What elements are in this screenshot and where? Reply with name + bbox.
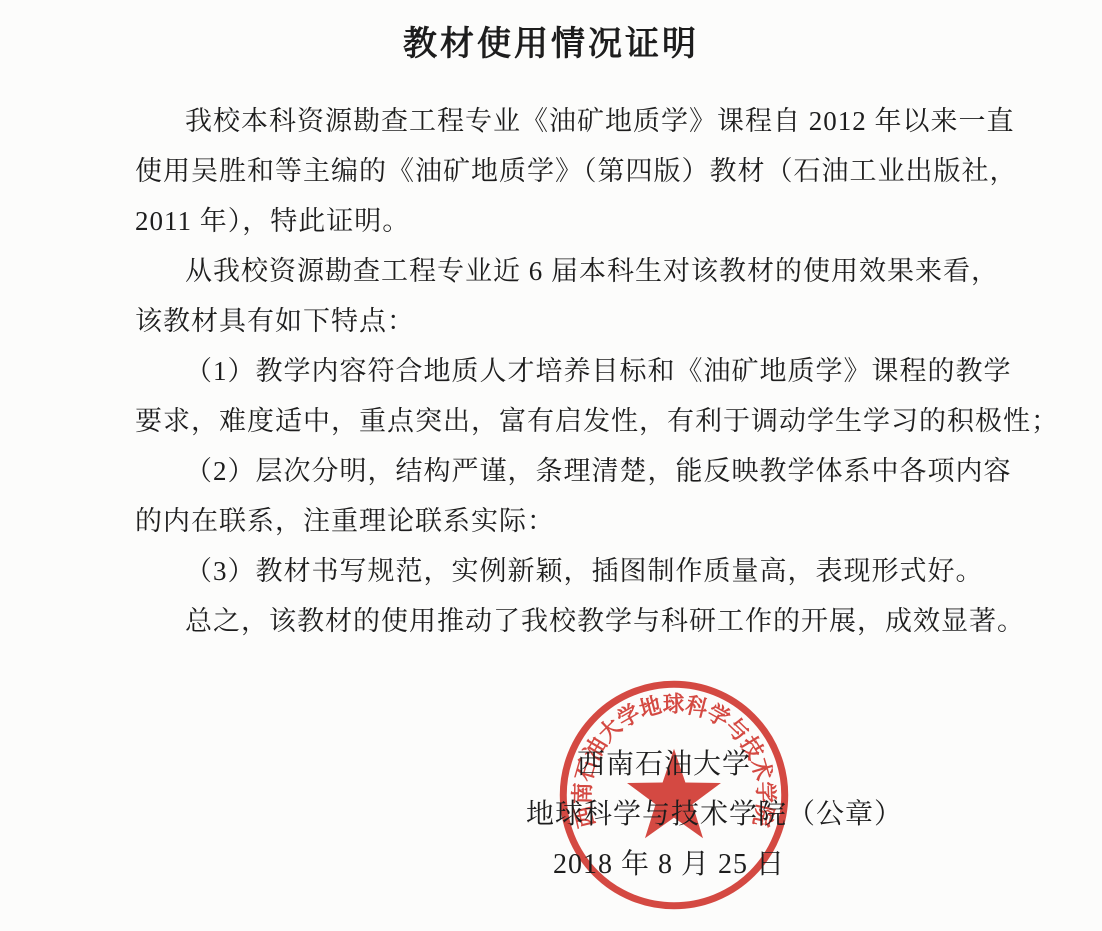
text-line: 的内在联系，注重理论联系实际： [135, 496, 1015, 546]
text-line: 2011 年），特此证明。 [135, 196, 1015, 246]
text-line: 从我校资源勘查工程专业近 6 届本科生对该教材的使用效果来看， [135, 246, 1015, 296]
text-line: 总之，该教材的使用推动了我校教学与科研工作的开展，成效显著。 [135, 596, 1015, 646]
text-line: 该教材具有如下特点： [135, 296, 1015, 346]
text-line: 使用吴胜和等主编的《油矿地质学》（第四版）教材（石油工业出版社， [135, 146, 1015, 196]
page-title: 教材使用情况证明 [0, 16, 1102, 65]
document-body: 我校本科资源勘查工程专业《油矿地质学》课程自 2012 年以来一直使用吴胜和等主… [135, 96, 1015, 646]
text-line: （2）层次分明，结构严谨，条理清楚，能反映教学体系中各项内容 [135, 446, 1015, 496]
document-page: 教材使用情况证明 我校本科资源勘查工程专业《油矿地质学》课程自 2012 年以来… [0, 0, 1102, 931]
text-line: （1）教学内容符合地质人才培养目标和《油矿地质学》课程的教学 [135, 346, 1015, 396]
signature-date: 2018 年 8 月 25 日 [553, 842, 785, 882]
text-line: （3）教材书写规范，实例新颖，插图制作质量高，表现形式好。 [135, 546, 1015, 596]
signature-university: 西南石油大学 [577, 742, 751, 782]
signature-department: 地球科学与技术学院（公章） [526, 792, 903, 832]
text-line: 我校本科资源勘查工程专业《油矿地质学》课程自 2012 年以来一直 [135, 96, 1015, 146]
text-line: 要求，难度适中，重点突出，富有启发性，有利于调动学生学习的积极性； [135, 396, 1015, 446]
